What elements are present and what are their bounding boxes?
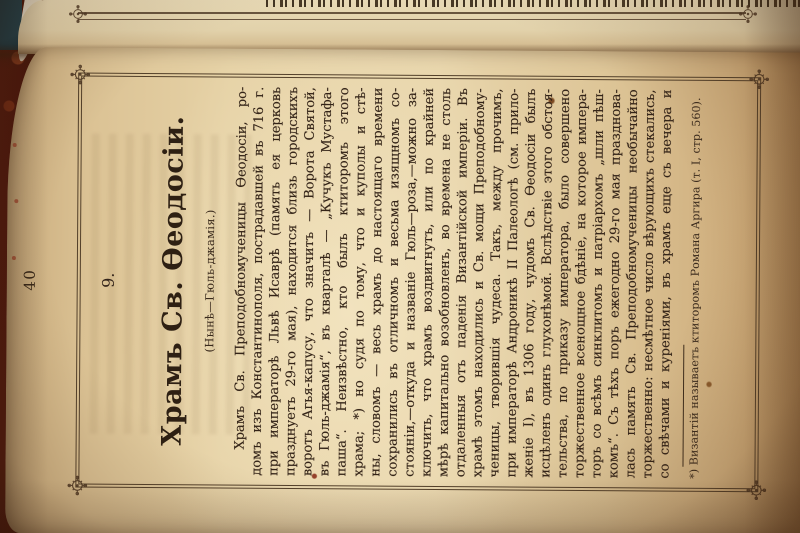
section-number: 9. xyxy=(97,86,119,475)
corner-ornament-icon xyxy=(68,4,88,24)
page-title: Храмъ Св. Ѳеодосіи. xyxy=(156,86,190,475)
page-number: 40 xyxy=(19,72,40,487)
book-page: 40 9. Храмъ Св. Ѳеодосіи. (Нынѣ—Гюль-джа… xyxy=(5,47,800,533)
corner-ornament-icon xyxy=(738,4,758,24)
decorative-frame: 9. Храмъ Св. Ѳеодосіи. (Нынѣ—Гюль-джамія… xyxy=(75,72,761,492)
body-line: со свѣчами и куреніями, въ храмъ еще съ … xyxy=(656,90,676,479)
page-subtitle: (Нынѣ—Гюль-джамія.) xyxy=(201,86,218,475)
facing-page-cutoff-text xyxy=(266,0,800,7)
book-photo: 40 9. Храмъ Св. Ѳеодосіи. (Нынѣ—Гюль-джа… xyxy=(0,0,800,533)
footnote: *) Византій называетъ ктиторомъ Романа А… xyxy=(687,90,703,479)
facing-page-frame-rule xyxy=(78,12,746,20)
text-block: 9. Храмъ Св. Ѳеодосіи. (Нынѣ—Гюль-джамія… xyxy=(79,77,757,489)
body-text: Храмъ Св. Преподобномученицы Ѳеодосіи, р… xyxy=(231,87,676,479)
footnote-separator xyxy=(682,345,684,467)
